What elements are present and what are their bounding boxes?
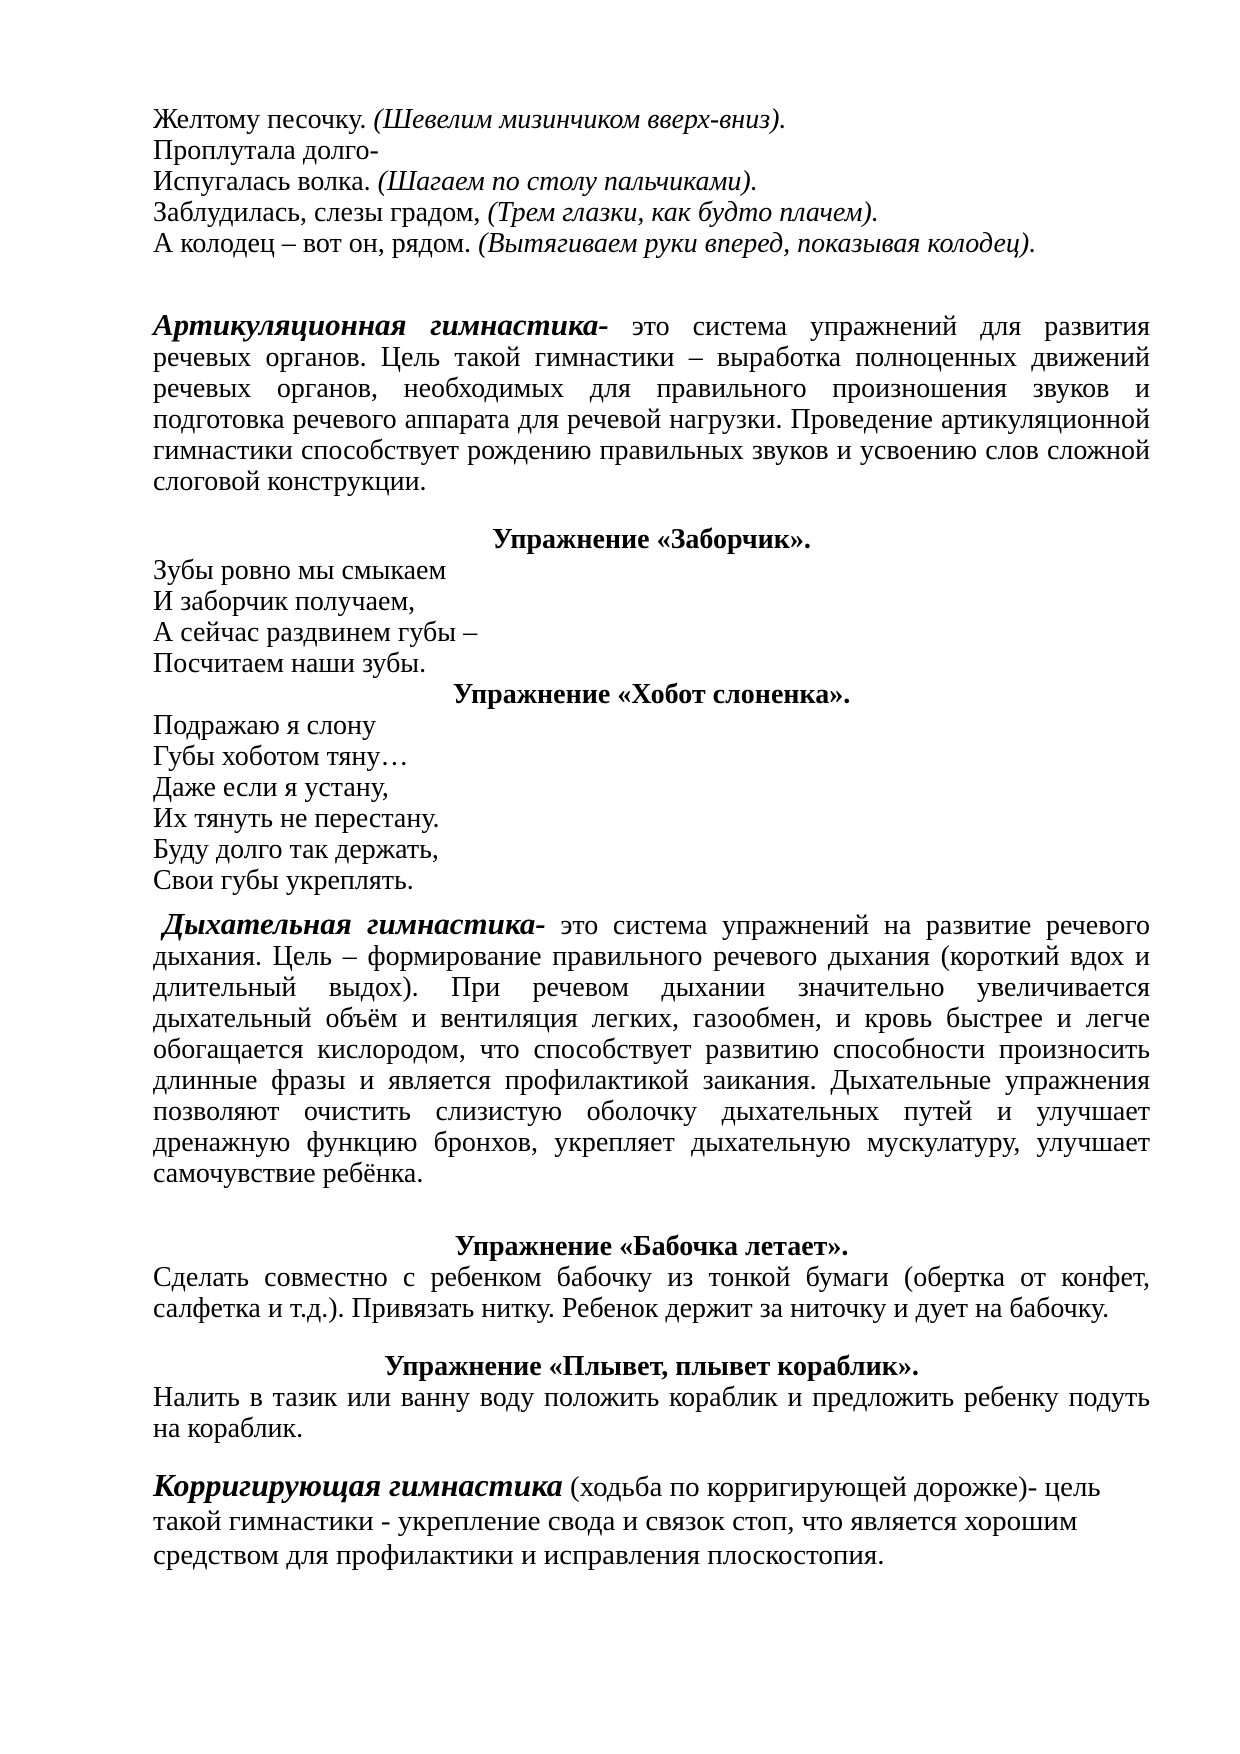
poem-line: Посчитаем наши зубы.	[153, 648, 1150, 679]
breathing-text: это система упражнений на развитие речев…	[153, 910, 1150, 1189]
verse-text: Заблудилась, слезы градом,	[153, 197, 487, 228]
verse-line: Желтому песочку. (Шевелим мизинчиком вве…	[153, 104, 1150, 135]
poem-line: И заборчик получаем,	[153, 586, 1150, 617]
verse-text: Испугалась волка.	[153, 166, 378, 197]
poem-line: Зубы ровно мы смыкаем	[153, 555, 1150, 586]
poem-line: Свои губы укреплять.	[153, 865, 1150, 896]
hobot-poem: Подражаю я слону Губы хоботом тяну… Даже…	[153, 710, 1150, 896]
articulation-paragraph: Артикуляционная гимнастика- это система …	[153, 309, 1150, 497]
breathing-paragraph: Дыхательная гимнастика- это система упра…	[153, 908, 1150, 1189]
breathing-term: Дыхательная гимнастика-	[163, 906, 546, 941]
poem-line: Их тянуть не перестану.	[153, 803, 1150, 834]
articulation-term: Артикуляционная гимнастика-	[153, 307, 609, 342]
poem-line: Буду долго так держать,	[153, 834, 1150, 865]
poem-line: А сейчас раздвинем губы –	[153, 617, 1150, 648]
butterfly-description: Сделать совместно с ребенком бабочку из …	[153, 1262, 1150, 1324]
verse-text: Желтому песочку.	[153, 104, 373, 135]
exercise-heading-hobot: Упражнение «Хобот слоненка».	[153, 679, 1150, 710]
verse-line: А колодец – вот он, рядом. (Вытягиваем р…	[153, 228, 1150, 259]
exercise-heading-boat: Упражнение «Плывет, плывет кораблик».	[153, 1351, 1150, 1382]
stage-direction: (Шевелим мизинчиком вверх-вниз).	[373, 104, 786, 135]
verse-line: Заблудилась, слезы градом, (Трем глазки,…	[153, 197, 1150, 228]
poem-line: Губы хоботом тяну…	[153, 741, 1150, 772]
document-page: Желтому песочку. (Шевелим мизинчиком вве…	[0, 0, 1240, 1754]
exercise-heading-zaborchik: Упражнение «Заборчик».	[153, 524, 1150, 555]
boat-description: Налить в тазик или ванну воду положить к…	[153, 1382, 1150, 1444]
exercise-heading-butterfly: Упражнение «Бабочка летает».	[153, 1231, 1150, 1262]
verse-line: Испугалась волка. (Шагаем по столу пальч…	[153, 166, 1150, 197]
corrective-term: Корригирующая гимнастика	[153, 1467, 563, 1503]
verse-text: Проплутала долго-	[153, 135, 379, 166]
stage-direction: (Трем глазки, как будто плачем).	[487, 197, 878, 228]
poem-line: Подражаю я слону	[153, 710, 1150, 741]
zaborchik-poem: Зубы ровно мы смыкаем И заборчик получае…	[153, 555, 1150, 679]
finger-game-verse: Желтому песочку. (Шевелим мизинчиком вве…	[153, 104, 1150, 259]
stage-direction: (Шагаем по столу пальчиками).	[378, 166, 758, 197]
poem-line: Даже если я устану,	[153, 772, 1150, 803]
verse-line: Проплутала долго-	[153, 135, 1150, 166]
stage-direction: (Вытягиваем руки вперед, показывая колод…	[478, 228, 1036, 259]
verse-text: А колодец – вот он, рядом.	[153, 228, 478, 259]
corrective-paragraph: Корригирующая гимнастика (ходьба по корр…	[153, 1468, 1150, 1572]
